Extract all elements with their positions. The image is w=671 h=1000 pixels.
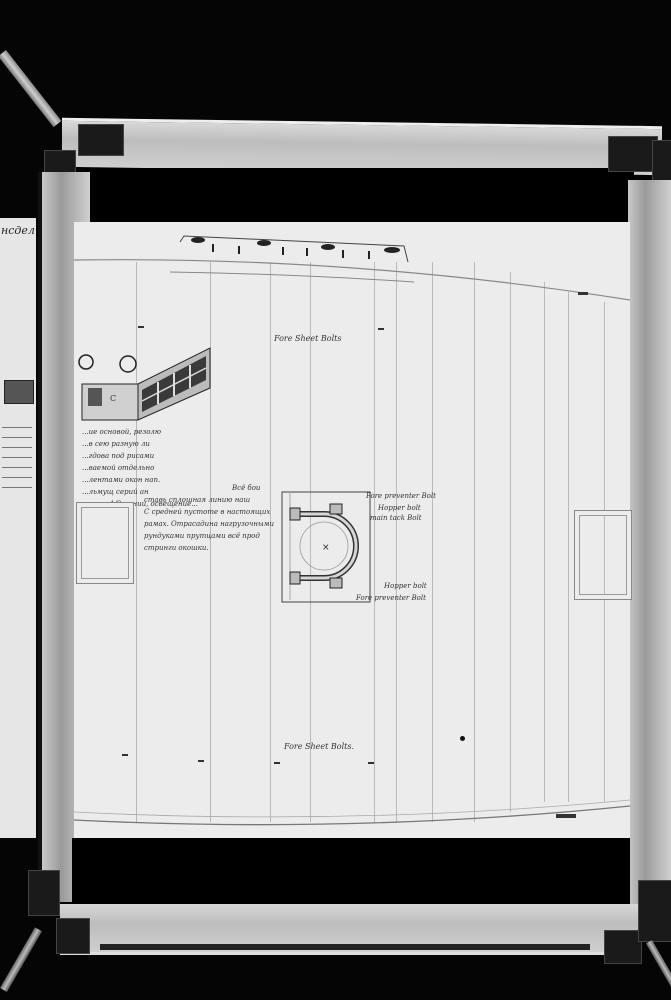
hatch-left: [76, 502, 134, 584]
label-hopper-bolt-bottom: Hopper bolt: [384, 582, 427, 590]
frame-bottom-inner-gap: [72, 838, 630, 904]
frame-bottom-rod: [100, 944, 590, 950]
adjacent-sheet-block: [4, 380, 34, 404]
hatch-right: [574, 510, 632, 600]
clamp-bottom-left-post: [28, 870, 60, 916]
stand-rod-bottom-right: [646, 940, 671, 987]
stand-rod-bottom-left: [0, 927, 42, 992]
clamp-bottom-right-post: [638, 880, 671, 942]
stand-rod-top-left: [0, 50, 61, 127]
adjacent-sheet-left: нсдел: [0, 218, 36, 838]
clamp-top-left: [78, 124, 124, 156]
drawing-sheet: C ...ие основой, резолю ...в сею разную …: [74, 222, 630, 854]
frame-right-bar: [628, 180, 671, 910]
adjacent-sheet-notes: [2, 418, 32, 488]
handwritten-note-main: Всё бои ставь сплошная линию наш С средн…: [144, 482, 274, 554]
label-fore-sheet-bolts-bottom: Fore Sheet Bolts.: [284, 742, 354, 751]
frame-top-bar: [62, 118, 662, 175]
label-fore-preventer-bolt-top: Fore preventer Bolt: [366, 492, 436, 500]
adjacent-sheet-header: нсдел: [1, 224, 35, 237]
horseshoe-fitting: ×: [280, 490, 380, 606]
clamp-bottom-left: [56, 918, 90, 954]
label-hopper-bolt-top: Hopper bolt: [378, 504, 421, 512]
companion-structure: [74, 340, 214, 424]
clamp-top-right: [608, 136, 658, 172]
label-fore-sheet-bolts-top: Fore Sheet Bolts: [274, 334, 341, 343]
frame-top-inner-gap: [86, 168, 634, 224]
companion-letter: C: [110, 394, 116, 403]
label-fore-preventer-bolt-bottom: Fore preventer Bolt: [356, 594, 426, 602]
center-mark: ×: [322, 543, 330, 553]
clamp-bottom-right: [604, 930, 642, 964]
label-main-tack-bolt: main tack Bolt: [370, 514, 422, 522]
deck-edge-top: [74, 222, 630, 342]
